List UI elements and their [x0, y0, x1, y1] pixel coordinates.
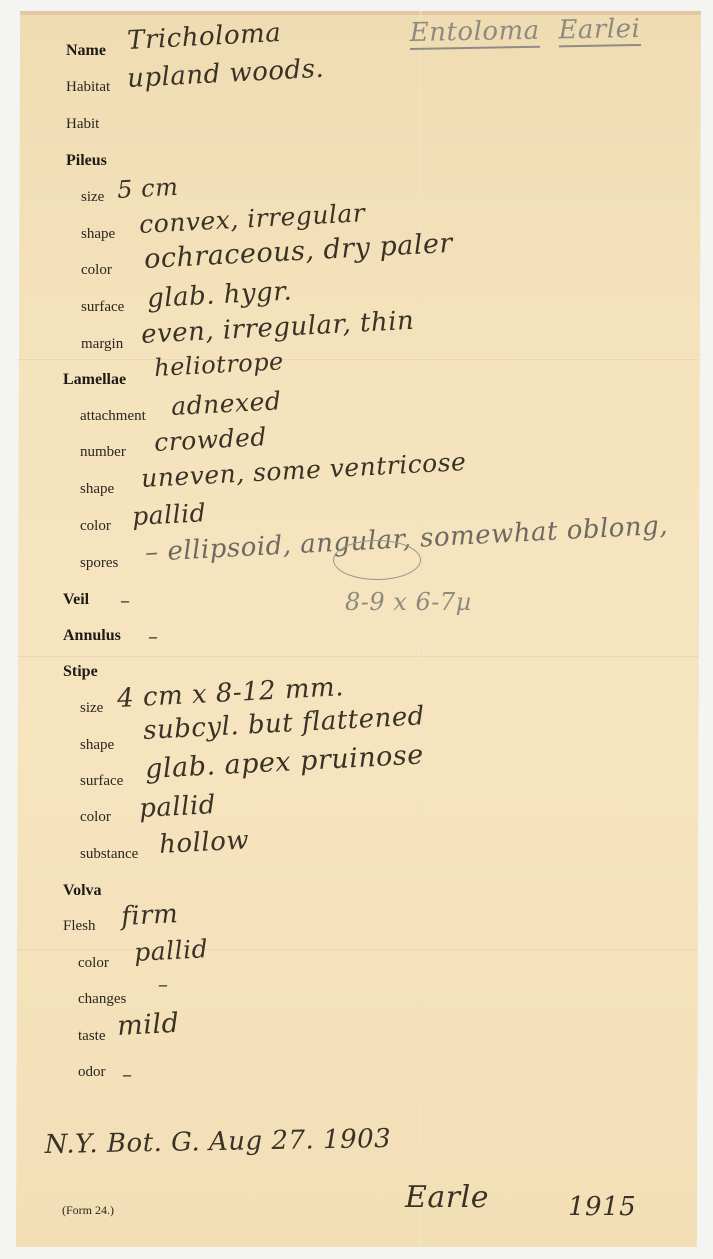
annulus-label: Annulus — [63, 627, 121, 645]
pileus-size-label: size — [81, 189, 104, 206]
pileus-color-label: color — [81, 262, 112, 279]
pencil-circle-mark — [333, 540, 421, 580]
lamellae-shape-label: shape — [80, 481, 114, 498]
name-label: Name — [66, 42, 106, 60]
pencil-genus: Entoloma — [409, 16, 539, 50]
flesh-color-label: color — [78, 955, 109, 972]
veil-value: – — [120, 588, 131, 612]
pencil-annotation: Entoloma Earlei — [409, 14, 640, 48]
pileus-label: Pileus — [66, 152, 107, 170]
pencil-species: Earlei — [558, 14, 640, 47]
lamellae-number-value: crowded — [153, 422, 267, 457]
pileus-shape-label: shape — [81, 226, 115, 243]
flesh-odor-value: – — [122, 1062, 133, 1086]
flesh-color-value: pallid — [133, 934, 208, 967]
habitat-label: Habitat — [66, 79, 110, 96]
pileus-margin-label: margin — [81, 336, 123, 353]
stipe-substance-value: hollow — [158, 825, 249, 860]
flesh-value: firm — [120, 899, 179, 932]
stipe-shape-label: shape — [80, 737, 114, 754]
spores-measurement: 8-9 x 6-7µ — [345, 588, 472, 616]
flesh-changes-value: – — [158, 972, 169, 996]
stipe-color-value: pallid — [138, 790, 216, 824]
lamellae-color-value: pallid — [131, 498, 206, 531]
stipe-label: Stipe — [63, 663, 98, 681]
locality-date: N.Y. Bot. G. Aug 27. 1903 — [44, 1124, 391, 1160]
annulus-value: – — [148, 624, 159, 648]
stipe-surface-label: surface — [80, 773, 123, 790]
pileus-size-value: 5 cm — [117, 173, 179, 204]
fold-line — [16, 948, 701, 950]
stipe-substance-label: substance — [80, 846, 138, 863]
volva-label: Volva — [63, 882, 102, 900]
veil-label: Veil — [63, 591, 89, 609]
lamellae-color-label: color — [80, 518, 111, 535]
flesh-taste-value: mild — [116, 1008, 180, 1042]
fold-line — [420, 11, 422, 1247]
flesh-odor-label: odor — [78, 1064, 106, 1081]
collector-signature: Earle — [405, 1180, 489, 1215]
form-number: (Form 24.) — [62, 1203, 114, 1218]
flesh-label: Flesh — [63, 918, 96, 935]
lamellae-attachment-value: adnexed — [170, 386, 282, 421]
flesh-changes-label: changes — [78, 991, 126, 1008]
fold-line — [16, 655, 701, 657]
flesh-taste-label: taste — [78, 1028, 106, 1045]
lamellae-attachment-label: attachment — [80, 408, 146, 425]
lamellae-number-label: number — [80, 444, 126, 461]
year-annotation: 1915 — [568, 1192, 636, 1222]
stipe-size-label: size — [80, 700, 103, 717]
lamellae-spores-label: spores — [80, 555, 118, 572]
lamellae-label: Lamellae — [63, 371, 126, 389]
pileus-surface-label: surface — [81, 299, 124, 316]
habit-label: Habit — [66, 116, 99, 133]
fold-line — [16, 358, 701, 360]
stipe-color-label: color — [80, 809, 111, 826]
